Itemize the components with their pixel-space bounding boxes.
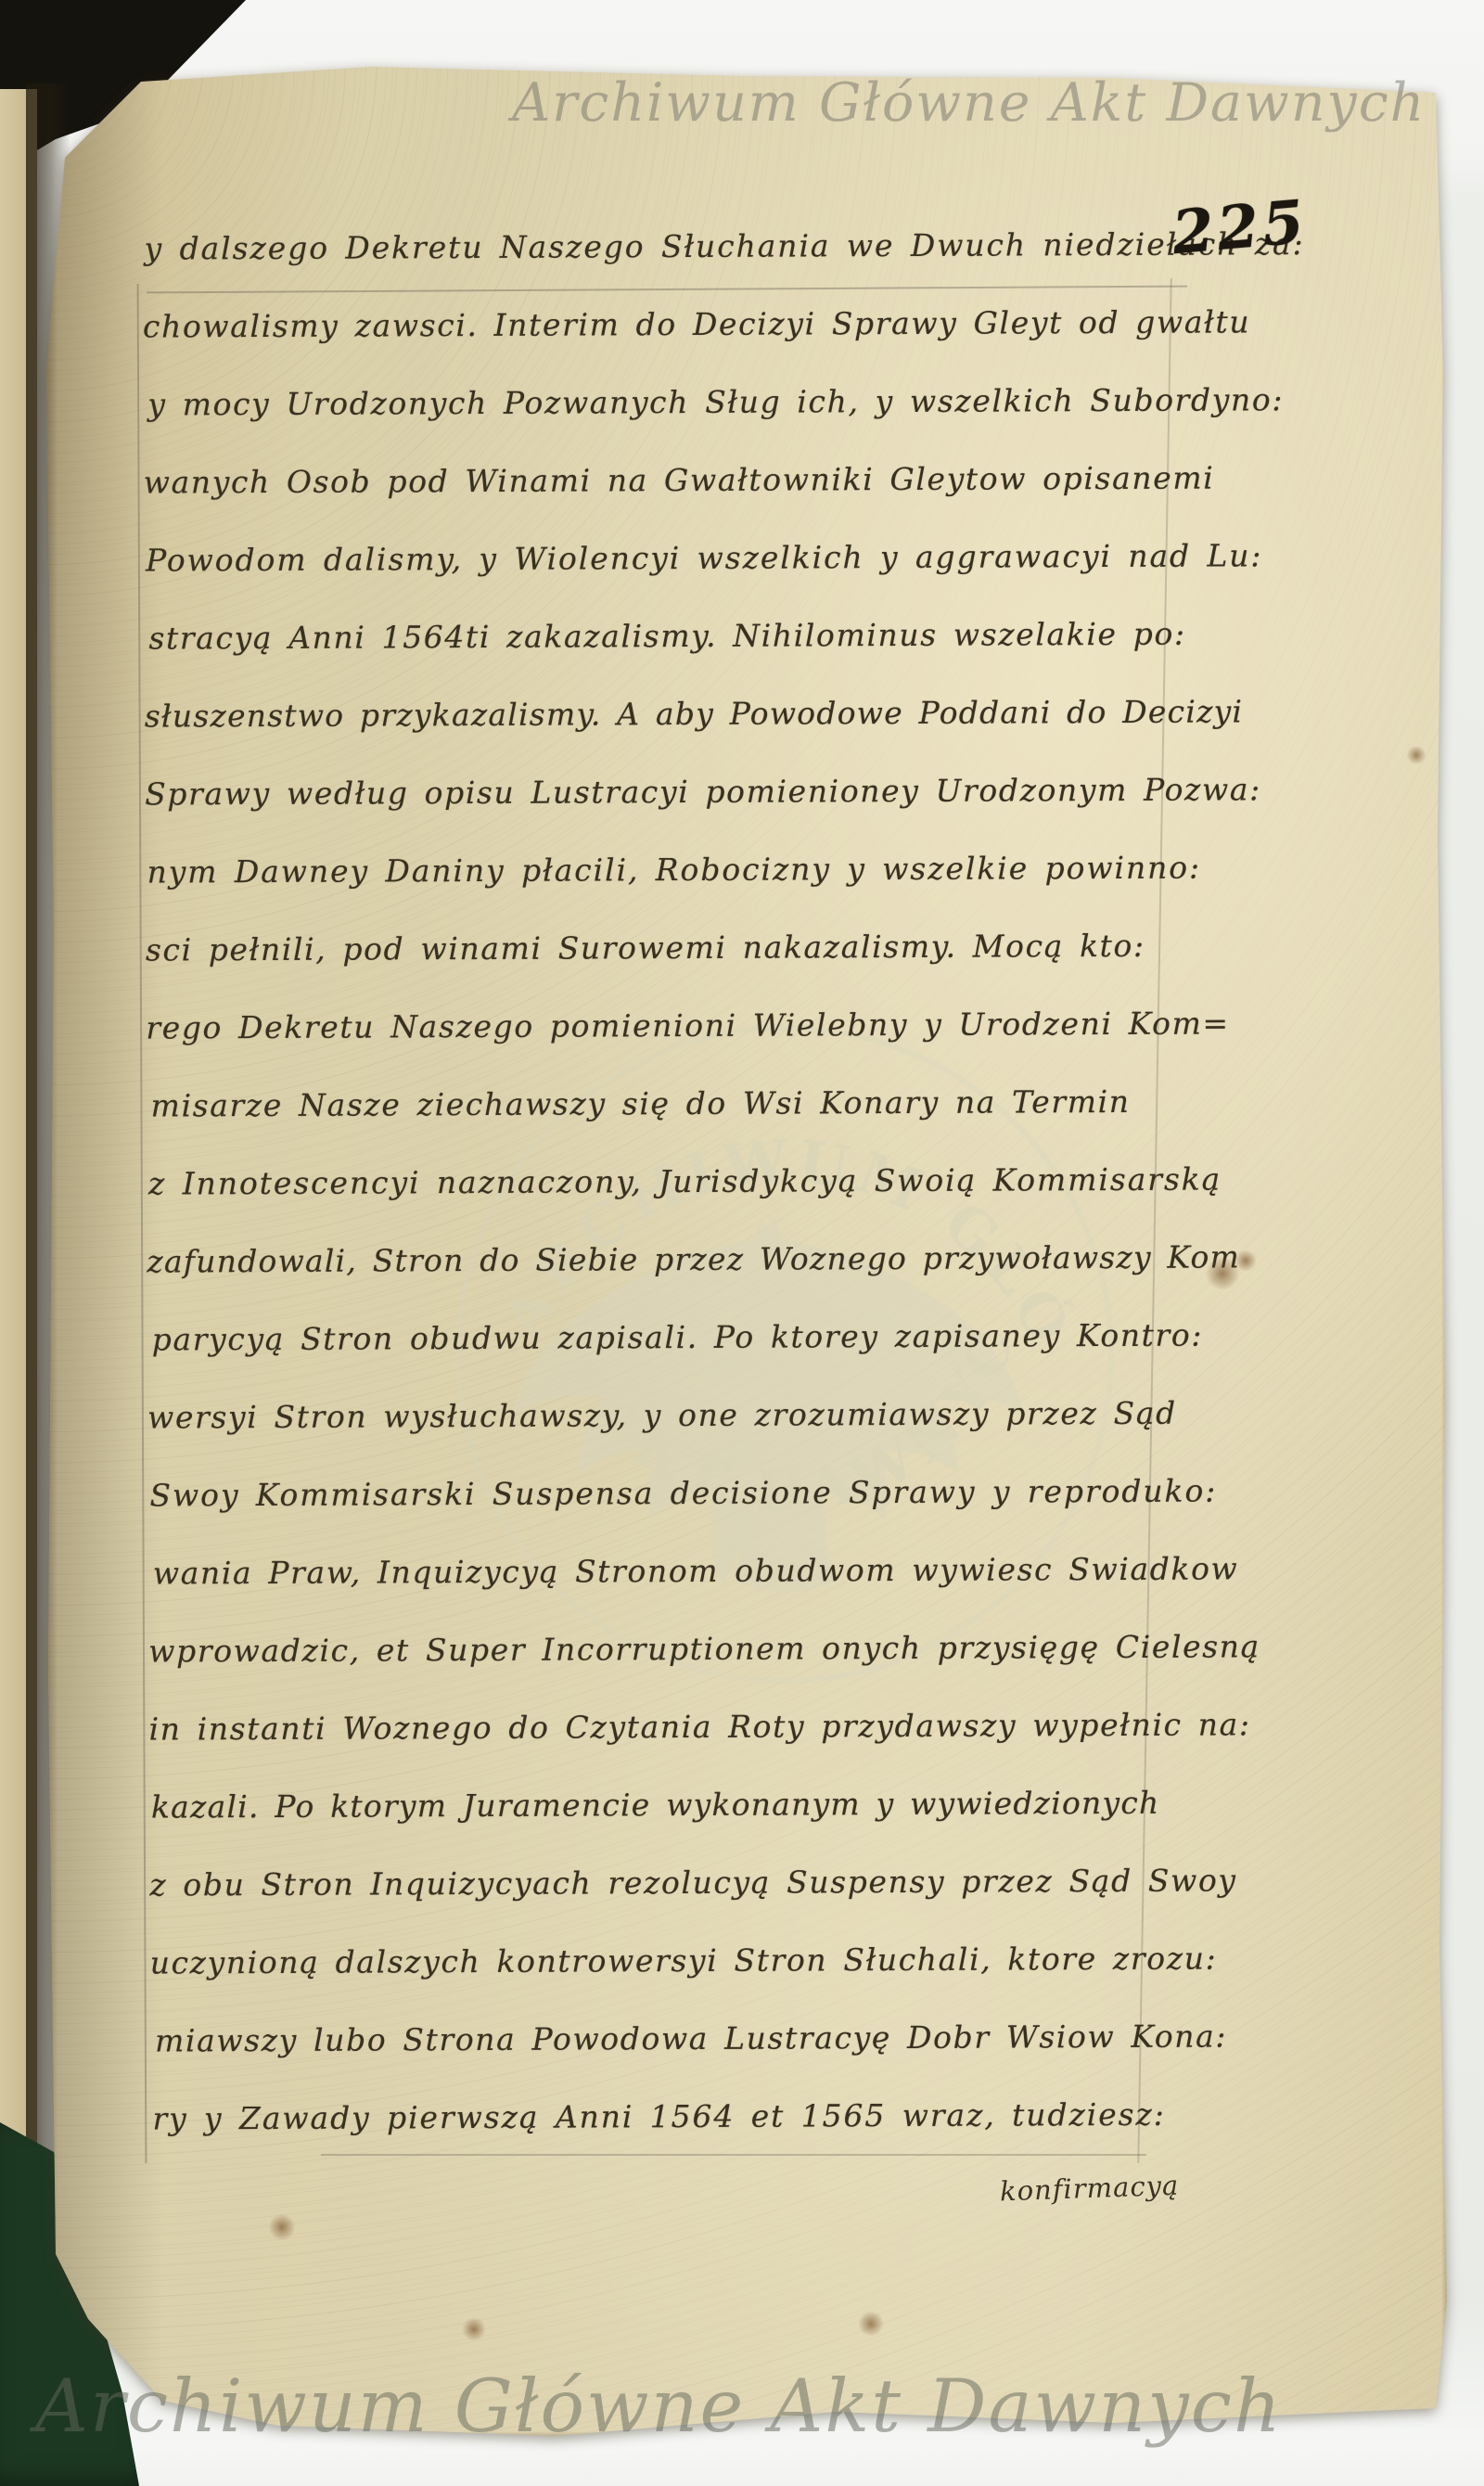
- manuscript-page: ARCHIWUM GŁÓWNE AKT DAWNYCH y dalszego D…: [43, 56, 1452, 2440]
- page-wrap: ARCHIWUM GŁÓWNE AKT DAWNYCH y dalszego D…: [43, 56, 1452, 2440]
- manuscript-line: chowalismy zawsci. Interim do Decizyi Sp…: [143, 283, 1228, 365]
- fox-spot: [857, 2312, 885, 2336]
- manuscript-line: słuszenstwo przykazalismy. A aby Powodow…: [145, 673, 1230, 755]
- manuscript-line: parycyą Stron obudwu zapisali. Po ktorey…: [147, 1296, 1233, 1378]
- manuscript-line: miawszy lubo Strona Powodowa Lustracyę D…: [150, 1997, 1235, 2080]
- catchword: konfirmacyą: [999, 2170, 1179, 2208]
- manuscript-line: z Innotescencyi naznaczony, Jurisdykcyą …: [147, 1140, 1232, 1223]
- manuscript-line: misarze Nasze ziechawszy się do Wsi Kona…: [146, 1062, 1231, 1145]
- fox-spot: [462, 2317, 486, 2341]
- manuscript-line: z obu Stron Inquizycyach rezolucyą Suspe…: [149, 1841, 1235, 1924]
- manuscript-line: Sprawy według opisu Lustracyi pomienione…: [145, 750, 1230, 833]
- manuscript-line: uczynioną dalszych kontrowersyi Stron Sł…: [149, 1919, 1235, 2002]
- manuscript-line: wprowadzic, et Super Incorruptionem onyc…: [148, 1608, 1234, 1690]
- manuscript-line: sci pełnili, pod winami Surowemi nakazal…: [146, 906, 1231, 989]
- manuscript-scan: ARCHIWUM GŁÓWNE AKT DAWNYCH y dalszego D…: [0, 0, 1484, 2486]
- manuscript-line: kazali. Po ktorym Juramencie wykonanym y…: [149, 1763, 1235, 1846]
- manuscript-line: y mocy Urodzonych Pozwanych Sług ich, y …: [143, 361, 1228, 443]
- page-number: 225: [1170, 187, 1311, 268]
- manuscript-line: y dalszego Dekretu Naszego Słuchania we …: [142, 205, 1227, 288]
- manuscript-line: ry y Zawady pierwszą Anni 1564 et 1565 w…: [150, 2075, 1235, 2158]
- manuscript-line: wersyi Stron wysłuchawszy, y one zrozumi…: [147, 1374, 1233, 1456]
- manuscript-line: nym Dawney Daniny płacili, Robocizny y w…: [145, 828, 1230, 911]
- manuscript-line: Powodom dalismy, y Wiolencyi wszelkich y…: [144, 517, 1229, 599]
- manuscript-line: wania Praw, Inquizycyą Stronom obudwom w…: [148, 1530, 1234, 1612]
- manuscript-text-block: y dalszego Dekretu Naszego Słuchania we …: [142, 205, 1235, 2158]
- manuscript-line: rego Dekretu Naszego pomienioni Wielebny…: [146, 984, 1231, 1067]
- manuscript-line: in instanti Woznego do Czytania Roty prz…: [148, 1685, 1234, 1768]
- manuscript-line: wanych Osob pod Winami na Gwałtowniki Gl…: [144, 439, 1229, 521]
- manuscript-line: stracyą Anni 1564ti zakazalismy. Nihilom…: [144, 595, 1229, 677]
- manuscript-line: Swoy Kommisarski Suspensa decisione Spra…: [147, 1452, 1233, 1534]
- manuscript-line: zafundowali, Stron do Siebie przez Wozne…: [147, 1218, 1232, 1301]
- fox-spot: [269, 2213, 295, 2241]
- fox-spot: [1406, 746, 1426, 764]
